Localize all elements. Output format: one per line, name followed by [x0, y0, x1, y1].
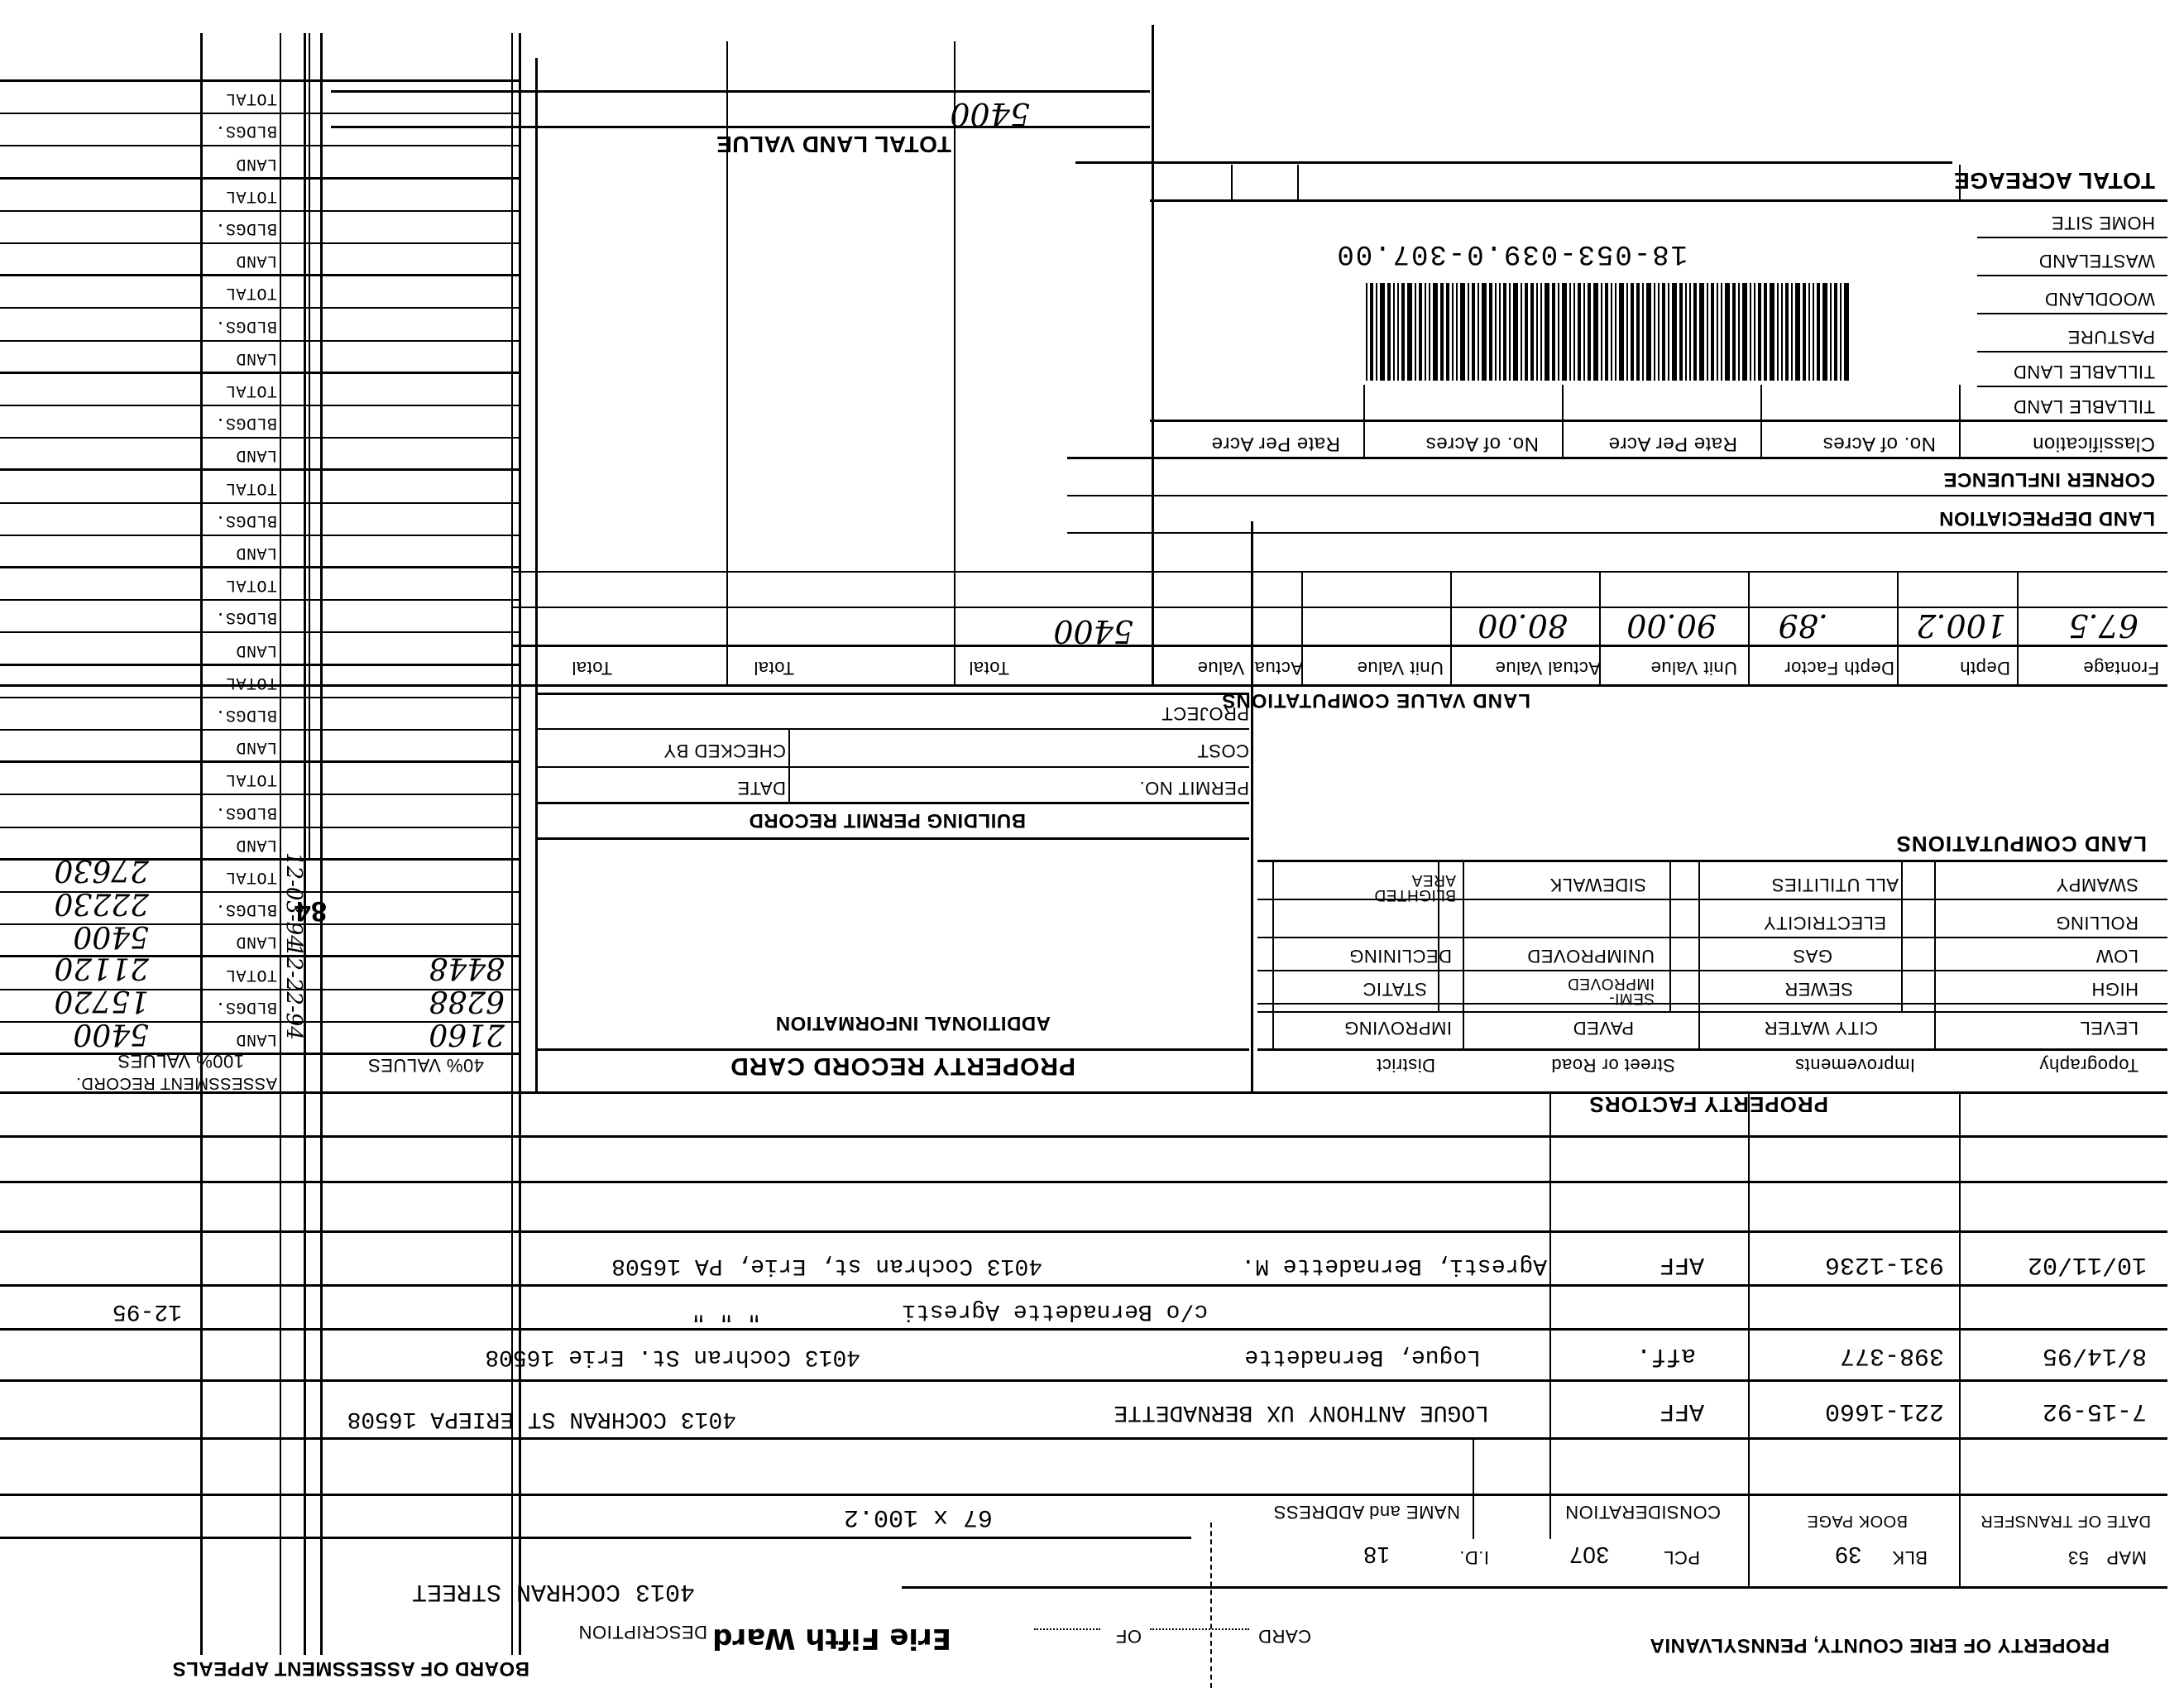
- rule: [0, 1379, 2167, 1382]
- rule: [1473, 1440, 1474, 1539]
- assessment-row-label: LAND: [236, 154, 277, 173]
- rule: [0, 177, 521, 180]
- rule: [1150, 199, 2167, 202]
- pf-semi-improved: SEMI-IMPROVED: [1547, 976, 1655, 1005]
- barcode-bar: [1770, 283, 1774, 381]
- assessment-title: ASSESSMENT RECORD.: [76, 1073, 277, 1092]
- land-depreciation-label: LAND DEPRECIATION: [1939, 506, 2155, 530]
- barcode-bar: [1689, 283, 1691, 381]
- rule: [0, 502, 521, 504]
- barcode-bar: [1509, 283, 1511, 381]
- rule: [1067, 495, 2167, 496]
- building-permit-label: BUILDING PERMIT RECORD: [749, 808, 1026, 832]
- barcode-bar: [1822, 283, 1827, 381]
- rule: [1257, 1003, 2167, 1005]
- description-divider: [1210, 1523, 1212, 1688]
- total-land-value-label: TOTAL LAND VALUE: [716, 131, 951, 157]
- map-label: MAP: [2106, 1547, 2147, 1568]
- barcode-bar: [1830, 283, 1832, 381]
- assessment-row-label: BLDGS.: [215, 803, 277, 822]
- transfer-date: 8/14/95: [2043, 1341, 2147, 1369]
- barcode-bar: [1540, 283, 1542, 381]
- assessment-row-label: LAND: [236, 1029, 277, 1048]
- rule: [1698, 862, 1700, 1051]
- rule: [1599, 571, 1601, 687]
- assessment-row-label: TOTAL: [225, 770, 277, 789]
- barcode-bar: [1817, 283, 1820, 381]
- barcode-bar: [1452, 283, 1454, 381]
- barcode-bar: [1472, 283, 1475, 381]
- rule: [1977, 313, 2167, 314]
- barcode-bar: [1440, 283, 1444, 381]
- rule: [538, 693, 1249, 695]
- rule: [0, 664, 521, 666]
- rule: [0, 1494, 2167, 1496]
- pf-col-topography: Topography: [2039, 1054, 2138, 1076]
- transfer-book: 931-1236: [1825, 1250, 1944, 1278]
- transfer-address: 4013 COCHRAN ST ERIEPA 16508: [347, 1406, 736, 1431]
- id-label: I.D.: [1459, 1547, 1489, 1568]
- assessment-row-label: LAND: [236, 251, 277, 270]
- pcl-label: PCL: [1664, 1547, 1700, 1568]
- rule: [535, 58, 538, 1092]
- barcode-bar: [1482, 283, 1487, 381]
- lvc-header-frontage: Frontage: [2083, 657, 2159, 679]
- assessment-row-label: TOTAL: [225, 965, 277, 984]
- barcode-bar: [1840, 283, 1842, 381]
- rule: [0, 729, 521, 731]
- barcode-bar: [1583, 283, 1585, 381]
- barcode-bar: [1668, 283, 1669, 381]
- rule: [0, 1284, 2167, 1287]
- rule: [0, 340, 521, 342]
- header-name-address: NAME and ADDRESS: [1273, 1501, 1460, 1523]
- pf-sewer: SEWER: [1784, 978, 1853, 1000]
- barcode-bar: [1679, 283, 1683, 381]
- acreage-header-acres-1: No. of Acres: [1822, 432, 1936, 455]
- rule: [1748, 571, 1750, 687]
- assessment-row-label: BLDGS.: [215, 899, 277, 918]
- rule: [1257, 970, 2167, 971]
- rule: [309, 33, 310, 861]
- rule: [0, 1091, 2167, 1094]
- assessment-row-label: TOTAL: [225, 867, 277, 886]
- lvc-depth-factor: .89: [1779, 607, 1828, 644]
- pf-paved: PAVED: [1573, 1017, 1634, 1038]
- acreage-header-rate-1: Rate Per Acre: [1608, 432, 1737, 455]
- acreage-row-wasteland: WASTELAND: [2038, 250, 2155, 271]
- rule: [0, 1437, 2167, 1440]
- header-date-of-transfer: DATE OF TRANSFER: [1985, 1513, 2151, 1529]
- rule: [0, 535, 521, 536]
- rule: [538, 728, 1249, 730]
- lvc-unit-value: 90.00: [1626, 607, 1717, 644]
- rule: [513, 645, 2167, 647]
- assessment-row-label: LAND: [236, 835, 277, 854]
- acreage-row-home-site: HOME SITE: [2051, 212, 2155, 233]
- barcode-bar: [1654, 283, 1655, 381]
- acreage-header-acres-2: No. of Acres: [1425, 432, 1539, 455]
- assessment-row-label: BLDGS.: [215, 705, 277, 724]
- assessment-mark: 84: [295, 894, 327, 927]
- rule: [1959, 385, 1961, 459]
- barcode-bar: [1521, 283, 1522, 381]
- barcode-bar: [1376, 283, 1377, 381]
- assessment-row-label: BLDGS.: [215, 316, 277, 335]
- transfer-name: Logue, Bernadette: [1244, 1344, 1481, 1369]
- rule: [0, 437, 521, 439]
- barcode-bar: [1387, 283, 1391, 381]
- barcode-bar: [1503, 283, 1506, 381]
- assessment-row-label: TOTAL: [225, 89, 277, 108]
- rule: [1257, 937, 2167, 938]
- transfer-note: 12-95: [113, 1298, 182, 1324]
- transfer-date: 10/11/02: [2028, 1250, 2147, 1278]
- rule: [0, 989, 521, 990]
- barcode-bar: [1777, 283, 1779, 381]
- barcode-bar: [1808, 283, 1810, 381]
- rule: [1549, 1092, 1551, 1539]
- pcl-value: 307: [1569, 1542, 1609, 1568]
- lvc-header-actual-value: Actual Value: [1495, 657, 1601, 679]
- rule: [1463, 862, 1464, 1051]
- rule: [1934, 862, 1936, 1051]
- pf-col-improvements: Improvements: [1795, 1054, 1915, 1076]
- pf-static: STATIC: [1363, 978, 1427, 1000]
- property-address: 4013 COCHRAN STREET: [412, 1577, 695, 1605]
- rule: [2017, 571, 2019, 687]
- rule: [1301, 571, 1303, 687]
- rule: [1150, 420, 2167, 422]
- barcode-bar: [1588, 283, 1591, 381]
- lvc-header-depth: Depth: [1960, 657, 2010, 679]
- rule: [1257, 1011, 2167, 1013]
- blk-label: BLK: [1892, 1547, 1928, 1568]
- permit-checked-by-label: CHECKED BY: [663, 740, 786, 761]
- assessment-row-label: BLDGS.: [215, 997, 277, 1016]
- rule: [1901, 862, 1903, 1013]
- barcode-bar: [1758, 283, 1761, 381]
- values40-label: 40% VALUES: [368, 1054, 484, 1076]
- land-value-computations-title: LAND VALUE COMPUTATIONS: [1221, 688, 1530, 712]
- barcode-bar: [1601, 283, 1602, 381]
- barcode-bar: [1781, 283, 1783, 381]
- barcode-bar: [1738, 283, 1740, 381]
- rule: [0, 697, 521, 698]
- land-computations-title: LAND COMPUTATIONS: [1896, 831, 2147, 856]
- barcode-bar: [1433, 283, 1438, 381]
- pf-level: LEVEL: [2080, 1017, 2138, 1038]
- assessment-year-note: 12-22-94: [281, 943, 306, 1040]
- corner-influence-label: CORNER INFLUENCE: [1943, 468, 2155, 491]
- assessment-row-label: BLDGS.: [215, 607, 277, 626]
- transfer-address: 4013 Cochran st, Erie, PA 16508: [611, 1253, 1042, 1278]
- barcode-bar: [1803, 283, 1806, 381]
- lvc-actual-value: 80.00: [1478, 607, 1568, 644]
- barcode-bar: [1646, 283, 1651, 381]
- barcode-bar: [1456, 283, 1458, 381]
- rule: [0, 923, 521, 925]
- barcode-bar: [1552, 283, 1555, 381]
- barcode-bar: [1558, 283, 1559, 381]
- parcel-number: 18-053-039.0-307.00: [1335, 237, 1688, 269]
- barcode-bar: [1366, 283, 1367, 381]
- lvc-header-unit-value-2: Unit Value: [1357, 657, 1444, 679]
- barcode-bar: [1401, 283, 1405, 381]
- assessment-row-label: LAND: [236, 348, 277, 367]
- rule: [1760, 385, 1762, 459]
- lvc-total: 5400: [1053, 613, 1133, 650]
- rule: [0, 566, 521, 568]
- assessment-row-label: TOTAL: [225, 478, 277, 497]
- rule: [0, 113, 521, 114]
- additional-info-label: ADDITIONAL INFORMATION: [775, 1011, 1051, 1034]
- rule: [538, 837, 1249, 840]
- barcode-bar: [1658, 283, 1660, 381]
- assessment-row-label: BLDGS.: [215, 511, 277, 530]
- barcode-bar: [1536, 283, 1538, 381]
- barcode-bar: [1419, 283, 1422, 381]
- map-value: 53: [2068, 1547, 2089, 1568]
- transfer-consideration: AFF: [1660, 1250, 1704, 1278]
- lvc-header-total-3: Total: [572, 657, 612, 679]
- rule: [1067, 532, 2167, 534]
- barcode-bar: [1370, 283, 1373, 381]
- pf-sidewalk: SIDEWALK: [1549, 874, 1646, 895]
- barcode-bar: [1699, 283, 1704, 381]
- rule: [538, 802, 1249, 804]
- barcode-bar: [1415, 283, 1416, 381]
- pf-improving: IMPROVING: [1344, 1017, 1452, 1038]
- rule: [0, 1328, 2167, 1331]
- rule: [1669, 862, 1671, 1013]
- assessment-row-label: LAND: [236, 640, 277, 659]
- barcode-bar: [1545, 283, 1549, 381]
- assessment-row-label: LAND: [236, 543, 277, 562]
- rule: [0, 858, 521, 861]
- assessment-row-label: BLDGS.: [215, 121, 277, 140]
- rule: [0, 794, 521, 795]
- rule: [0, 242, 521, 244]
- acreage-row-woodland: WOODLAND: [2044, 288, 2155, 309]
- pf-col-district: District: [1377, 1054, 1435, 1076]
- rule: [0, 372, 521, 374]
- rule: [1363, 385, 1365, 459]
- barcode-bar: [1569, 283, 1571, 381]
- barcode-bar: [1615, 283, 1616, 381]
- barcode-bar: [1429, 283, 1430, 381]
- pf-rolling: ROLLING: [2056, 912, 2138, 933]
- transfer-address: 4013 Cochran St. Erie 16508: [485, 1344, 860, 1369]
- lvc-header-total-1: Total: [969, 657, 1009, 679]
- transfer-consideration: aff.: [1636, 1341, 1696, 1369]
- barcode-bar: [1642, 283, 1644, 381]
- acreage-row-tillable-2: TILLABLE LAND: [2013, 361, 2155, 382]
- assessment-row-label: LAND: [236, 737, 277, 756]
- barcode-bar: [1742, 283, 1747, 381]
- barcode-bar: [1636, 283, 1640, 381]
- barcode-bar: [1611, 283, 1612, 381]
- rule: [0, 760, 521, 763]
- rule: [1562, 385, 1564, 459]
- rule: [1152, 25, 1154, 687]
- barcode-bar: [1764, 283, 1767, 381]
- barcode-bar: [1662, 283, 1665, 381]
- header-consideration: CONSIDERATION: [1565, 1501, 1721, 1523]
- record-card-title: PROPERTY RECORD CARD: [730, 1052, 1075, 1080]
- acreage-header-classification: Classification: [2033, 432, 2155, 455]
- rule: [1748, 1092, 1750, 1539]
- barcode-bar: [1525, 283, 1528, 381]
- rule: [0, 599, 521, 601]
- card-dots: [1150, 1628, 1249, 1630]
- rule: [513, 607, 2167, 608]
- transfer-address: " " ": [692, 1298, 761, 1324]
- rule: [1959, 1092, 1961, 1539]
- county-header: PROPERTY OF ERIE COUNTY, PENNSYLVANIA: [1650, 1633, 2110, 1657]
- barcode-bar: [1468, 283, 1469, 381]
- transfer-name: c/o Bernadette Agresti: [902, 1298, 1208, 1324]
- pf-gas: GAS: [1793, 945, 1832, 966]
- barcode-bar: [1605, 283, 1608, 381]
- transfer-book: 398-377: [1840, 1341, 1944, 1369]
- transfer-name: Agresti, Bernadette M.: [1241, 1253, 1547, 1278]
- rule: [0, 405, 521, 406]
- rule: [0, 891, 521, 893]
- rule: [513, 571, 2167, 573]
- pf-unimproved: UNIMPROVED: [1527, 945, 1655, 966]
- rule: [1272, 862, 1274, 1051]
- barcode-bar: [1380, 283, 1385, 381]
- barcode-bar: [1425, 283, 1426, 381]
- rule: [0, 827, 521, 828]
- rule: [0, 274, 521, 276]
- rule: [331, 90, 1150, 93]
- total-acreage-label: TOTAL ACREAGE: [1954, 167, 2155, 194]
- rule: [0, 145, 521, 146]
- of-label: OF: [1115, 1625, 1142, 1647]
- rule: [1977, 275, 2167, 276]
- lot-dimensions: 67 x 100.2: [844, 1503, 993, 1531]
- lvc-header-actual-value-2: Actual Value: [1197, 657, 1303, 679]
- barcode-bar: [1785, 283, 1789, 381]
- rule: [0, 79, 521, 82]
- description-label: DESCRIPTION: [578, 1621, 707, 1642]
- rule: [1959, 165, 1961, 202]
- rule: [0, 1021, 521, 1023]
- barcode-bar: [1478, 283, 1479, 381]
- barcode-bar: [1791, 283, 1793, 381]
- rule: [1075, 161, 1952, 164]
- lvc-header-depth-factor: Depth Factor: [1784, 657, 1894, 679]
- rule: [0, 1053, 521, 1055]
- property-record-card: PROPERTY OF ERIE COUNTY, PENNSYLVANIA BO…: [0, 0, 2184, 1688]
- rule: [538, 1048, 1249, 1051]
- transfer-date: 7-15-92: [2043, 1397, 2147, 1425]
- barcode-bar: [1499, 283, 1501, 381]
- acreage-row-pasture: PASTURE: [2067, 326, 2155, 348]
- rule: [1257, 1048, 2167, 1051]
- blk-value: 39: [1835, 1542, 1861, 1568]
- of-dots: [1034, 1628, 1100, 1630]
- barcode-bar: [1446, 283, 1449, 381]
- pf-declining: DECLINING: [1349, 945, 1452, 966]
- barcode-bar: [1732, 283, 1736, 381]
- rule: [0, 1537, 1191, 1539]
- transfer-name: LOGUE ANTHONY UX BERNADETTE: [1114, 1399, 1489, 1425]
- rule: [0, 684, 2167, 687]
- rule: [1897, 571, 1899, 687]
- rule: [0, 307, 521, 309]
- acreage-header-rate-2: Rate Per Acre: [1211, 432, 1340, 455]
- assessment-row-label: BLDGS.: [215, 218, 277, 237]
- pf-swampy: SWAMPY: [2056, 874, 2138, 895]
- barcode-bar: [1693, 283, 1697, 381]
- barcode-bar: [1750, 283, 1751, 381]
- assessment-row-label: BLDGS.: [215, 413, 277, 432]
- barcode-bar: [1460, 283, 1465, 381]
- rule: [1231, 165, 1233, 202]
- assessment-row-label: LAND: [236, 932, 277, 951]
- rule: [0, 955, 521, 957]
- transfer-book: 221-1660: [1825, 1397, 1944, 1425]
- barcode-bar: [1834, 283, 1837, 381]
- assessment-row-label: TOTAL: [225, 186, 277, 205]
- barcode-bar: [1795, 283, 1800, 381]
- barcode-bar: [1707, 283, 1708, 381]
- barcode-bar: [1721, 283, 1722, 381]
- rule: [0, 1181, 2167, 1183]
- pf-high: HIGH: [2091, 978, 2138, 1000]
- header-book-page: BOOK PAGE: [1762, 1513, 1952, 1529]
- rule: [1977, 351, 2167, 352]
- barcode-bar: [1725, 283, 1730, 381]
- barcode-bar: [1513, 283, 1518, 381]
- rule: [1257, 860, 2167, 862]
- barcode-bar: [1562, 283, 1567, 381]
- pf-all-utilities: ALL UTILITIES: [1771, 874, 1899, 895]
- rule: [1297, 165, 1299, 202]
- rule: [0, 1230, 2167, 1233]
- assessment-row-label: TOTAL: [225, 283, 277, 302]
- barcode-bar: [1626, 283, 1628, 381]
- assessment-row-label: TOTAL: [225, 673, 277, 692]
- rule: [954, 41, 955, 687]
- assessment-row-label: LAND: [236, 445, 277, 464]
- barcode-bar: [1711, 283, 1714, 381]
- rule: [902, 1586, 2167, 1589]
- lvc-frontage: 67.5: [2068, 607, 2138, 644]
- ward-stamp: Erie Fifth Ward: [712, 1622, 951, 1655]
- barcode-bar: [1619, 283, 1624, 381]
- barcode-bar: [1489, 283, 1492, 381]
- permit-date-label: DATE: [737, 777, 786, 798]
- board-header: BOARD OF ASSESSMENT APPEALS: [172, 1657, 529, 1680]
- rule: [1977, 237, 2167, 238]
- acreage-row-tillable-1: TILLABLE LAND: [2013, 396, 2155, 417]
- pf-electricity: ELECTRICITY: [1763, 912, 1886, 933]
- rule: [0, 631, 521, 633]
- rule: [1977, 386, 2167, 387]
- id-value: 18: [1363, 1542, 1390, 1568]
- barcode-bar: [1593, 283, 1598, 381]
- barcode-bar: [1573, 283, 1575, 381]
- barcode-bar: [1407, 283, 1412, 381]
- barcode-bar: [1717, 283, 1718, 381]
- parcel-barcode: [1195, 283, 1849, 381]
- barcode-bar: [1530, 283, 1534, 381]
- rule: [1067, 457, 2167, 459]
